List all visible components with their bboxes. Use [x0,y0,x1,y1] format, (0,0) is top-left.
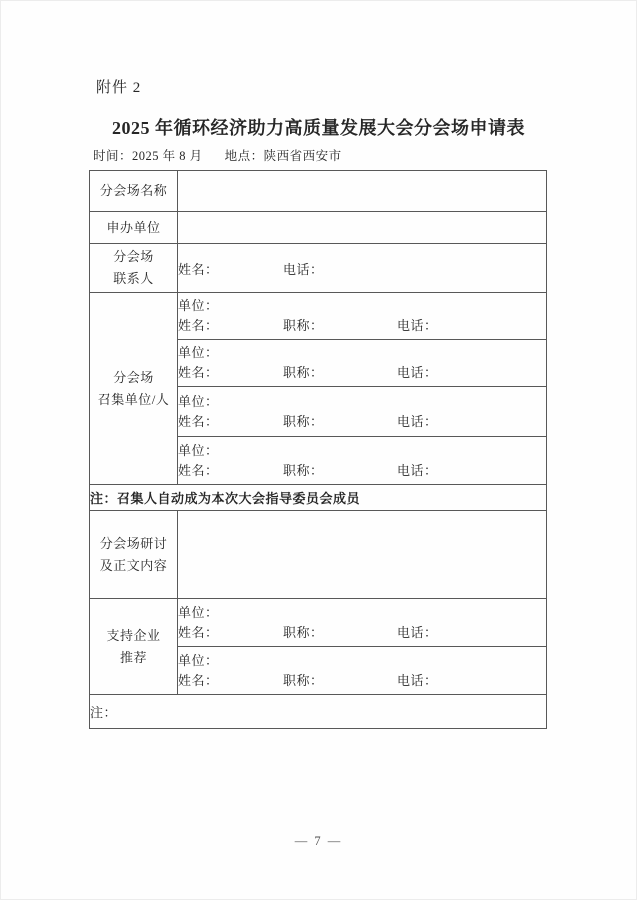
title-field-label: 职称： [283,412,397,432]
convener-label-line1: 分会场 [90,367,177,389]
meta-time: 时间：2025 年 8 月 [93,149,203,163]
support-label-line1: 支持企业 [90,625,177,647]
unit-field-label: 单位： [178,392,219,412]
support-row-1: 支持企业 推荐 单位： 姓名：职称：电话： [90,599,547,647]
convener-entry-cell-4: 单位： 姓名：职称：电话： [178,437,547,485]
topic-label: 分会场研讨 及正文内容 [90,511,178,599]
topic-row: 分会场研讨 及正文内容 [90,511,547,599]
unit-field-label: 单位： [178,603,219,623]
contact-label: 分会场 联系人 [90,244,178,293]
name-field-label: 姓名： [178,461,283,481]
bottom-note: 注： [90,695,547,729]
topic-label-line2: 及正文内容 [90,555,177,577]
phone-field-label: 电话： [397,461,438,481]
name-field-label: 姓名： [178,623,283,643]
bottom-note-row: 注： [90,695,547,729]
unit-field-label: 单位： [178,296,219,316]
applicant-label: 申办单位 [90,212,178,244]
topic-label-line1: 分会场研讨 [90,533,177,555]
convener-entry-cell-1: 单位： 姓名：职称：电话： [178,293,547,340]
page-number: — 7 — [0,834,637,849]
title-field-label: 职称： [283,623,397,643]
contact-row: 分会场 联系人 姓名：电话： [90,244,547,293]
phone-field-label: 电话： [397,671,438,691]
meta-location: 地点：陕西省西安市 [225,149,342,163]
convener-label: 分会场 召集单位/人 [90,293,178,485]
convener-entry-cell-3: 单位： 姓名：职称：电话： [178,387,547,437]
name-field-label: 姓名： [178,671,283,691]
title-field-label: 职称： [283,671,397,691]
phone-field-label: 电话： [397,623,438,643]
venue-name-row: 分会场名称 [90,171,547,212]
convener-note-row: 注：召集人自动成为本次大会指导委员会成员 [90,485,547,511]
contact-label-line1: 分会场 [90,246,177,268]
contact-input-cell: 姓名：电话： [178,244,547,293]
phone-field-label: 电话： [397,363,438,383]
support-entry-cell-1: 单位： 姓名：职称：电话： [178,599,547,647]
applicant-row: 申办单位 [90,212,547,244]
name-field-label: 姓名： [178,412,283,432]
unit-field-label: 单位： [178,343,219,363]
contact-label-line2: 联系人 [90,268,177,290]
phone-field-label: 电话： [397,412,438,432]
convener-row-1: 分会场 召集单位/人 单位： 姓名：职称：电话： [90,293,547,340]
document-title: 2025 年循环经济助力高质量发展大会分会场申请表 [0,114,637,140]
applicant-input-cell [178,212,547,244]
support-label: 支持企业 推荐 [90,599,178,695]
convener-label-line2: 召集单位/人 [90,389,177,411]
meta-line: 时间：2025 年 8 月地点：陕西省西安市 [93,146,342,164]
unit-field-label: 单位： [178,651,219,671]
venue-name-label: 分会场名称 [90,171,178,212]
application-form-table: 分会场名称 申办单位 分会场 联系人 姓名：电话： 分会场 召集单位 [89,170,547,729]
name-field-label: 姓名： [178,363,283,383]
venue-name-input-cell [178,171,547,212]
contact-name-field-label: 姓名： [178,259,283,278]
phone-field-label: 电话： [397,316,438,336]
title-field-label: 职称： [283,316,397,336]
convener-entry-cell-2: 单位： 姓名：职称：电话： [178,340,547,387]
document-page: 附件 2 2025 年循环经济助力高质量发展大会分会场申请表 时间：2025 年… [0,0,637,900]
attachment-label: 附件 2 [96,76,141,97]
name-field-label: 姓名： [178,316,283,336]
support-entry-cell-2: 单位： 姓名：职称：电话： [178,647,547,695]
topic-input-cell [178,511,547,599]
unit-field-label: 单位： [178,441,219,461]
title-field-label: 职称： [283,461,397,481]
title-field-label: 职称： [283,363,397,383]
convener-note: 注：召集人自动成为本次大会指导委员会成员 [90,485,547,511]
support-label-line2: 推荐 [90,647,177,669]
contact-phone-field-label: 电话： [283,259,324,278]
